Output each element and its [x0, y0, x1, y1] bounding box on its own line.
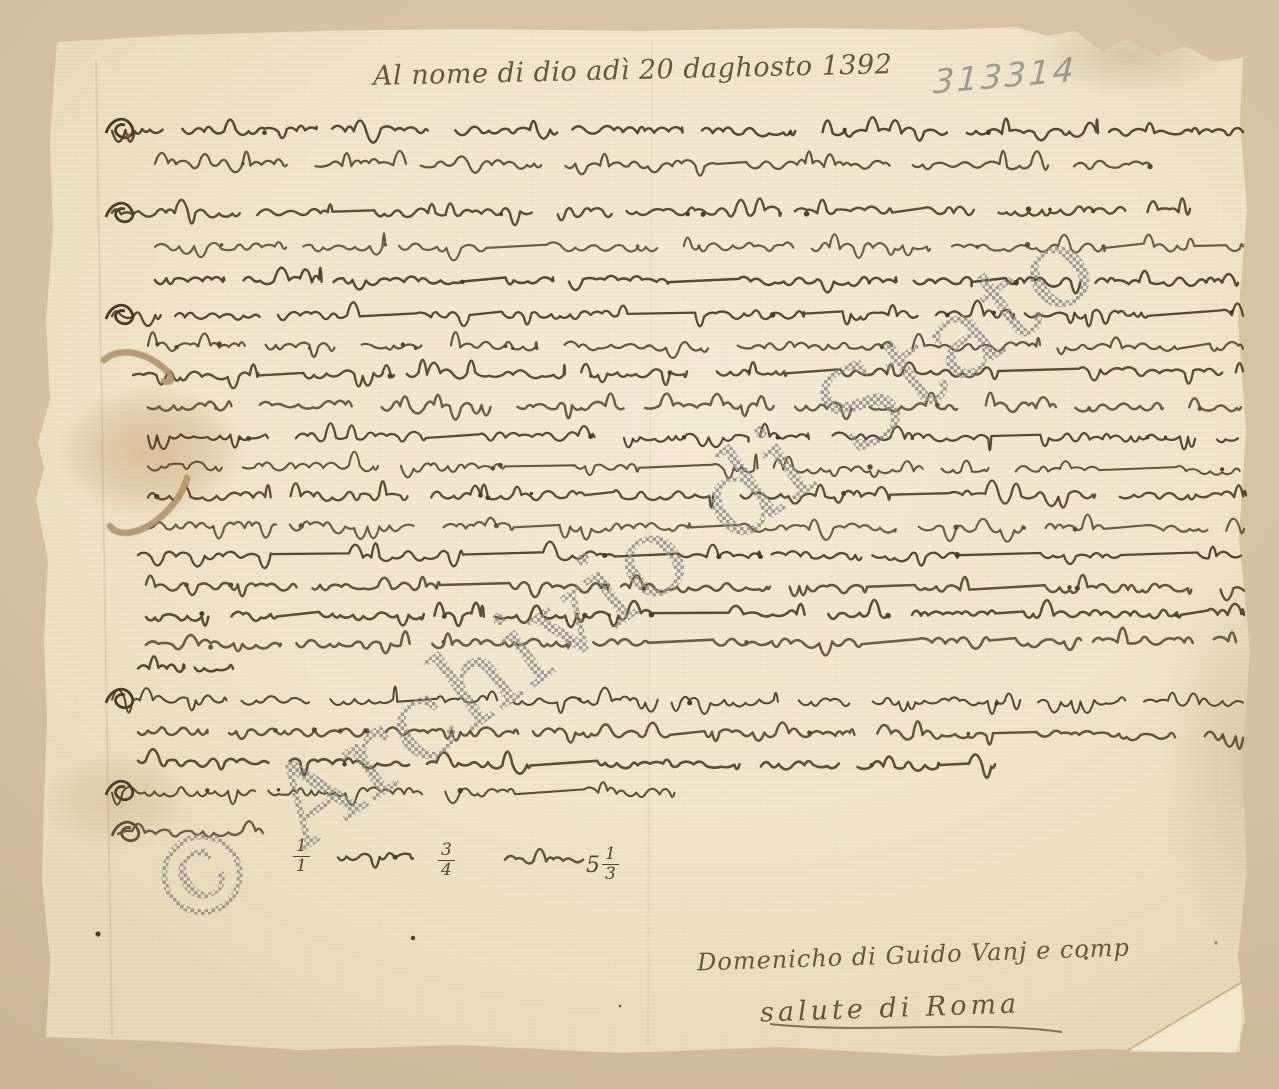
ink-blot	[1101, 244, 1105, 248]
ink-blot	[870, 763, 874, 767]
ink-blot	[199, 611, 204, 616]
stain-left	[57, 384, 247, 520]
ink-blot	[770, 312, 776, 318]
ink-blot	[1145, 435, 1149, 439]
ink-blot	[701, 212, 706, 217]
handwriting-line	[146, 628, 1236, 656]
ink-blot	[682, 435, 686, 439]
fraction-numerator: 1	[293, 838, 310, 856]
ink-blot	[1075, 585, 1080, 590]
ink-blot	[498, 463, 503, 468]
handwriting-line	[112, 687, 1243, 714]
ink-blot	[636, 244, 640, 248]
fraction: 3 4	[438, 842, 455, 880]
ink-blot	[995, 702, 999, 706]
fraction-numerator: 3	[438, 842, 455, 860]
ink-blot	[308, 346, 311, 349]
ink-blot	[1087, 406, 1091, 410]
ink-blot	[686, 212, 690, 216]
ink-blot	[807, 730, 812, 735]
paragraph-initial-flourish	[106, 689, 133, 708]
ink-blot	[238, 437, 241, 440]
ink-blot	[262, 130, 267, 135]
ink-blot	[1220, 467, 1224, 471]
ink-blot	[1221, 734, 1225, 738]
handwriting-line	[148, 423, 1238, 450]
ink-blot	[299, 523, 305, 529]
ink-blot	[174, 345, 179, 350]
corner-fold	[1128, 984, 1242, 1052]
fraction-denominator: 3	[602, 864, 619, 884]
handwriting-line	[505, 849, 583, 863]
speck	[126, 134, 131, 139]
handwriting-line	[138, 656, 233, 671]
speck	[95, 931, 100, 936]
ink-blot	[485, 495, 490, 500]
handwriting-line	[148, 332, 1243, 358]
ink-blot	[1022, 526, 1026, 530]
ink-blot	[460, 280, 465, 285]
scanned-letter-page: © Archivio di Stato Al nome di dio adì 2…	[0, 0, 1279, 1089]
speck	[619, 1005, 622, 1008]
ink-blot	[697, 245, 700, 248]
ink-blot	[241, 162, 245, 166]
fraction: 1 1	[293, 838, 310, 876]
fraction-whole: 5	[586, 854, 600, 877]
ink-blot	[499, 213, 503, 217]
ink-blot	[1240, 611, 1244, 615]
ink-blot	[154, 494, 159, 499]
ink-blot	[843, 128, 847, 132]
ink-blot	[1198, 406, 1203, 411]
ink-blot	[228, 582, 233, 587]
ink-blot	[1175, 613, 1179, 617]
ink-blot	[491, 466, 496, 471]
ink-blot	[687, 700, 692, 705]
ink-blot	[273, 728, 278, 733]
ink-blot	[184, 583, 189, 588]
ink-blot	[1067, 585, 1071, 589]
ink-blot	[1073, 527, 1078, 532]
ink-blot	[384, 243, 388, 247]
vertical-crease	[96, 60, 112, 1036]
speck	[411, 936, 415, 940]
ink-blot	[967, 732, 971, 736]
ink-blot	[530, 492, 533, 495]
ink-blot	[217, 341, 222, 346]
ink-blot	[494, 523, 499, 528]
ink-blot	[214, 406, 218, 410]
ink-blot	[589, 374, 592, 377]
handwriting-line	[133, 360, 1243, 388]
ink-blot	[578, 698, 582, 702]
fraction-denominator: 1	[293, 856, 310, 876]
ink-blot	[414, 347, 418, 351]
ink-blot	[747, 370, 751, 374]
ink-blot	[220, 243, 223, 246]
scan-artwork-layer: © Archivio di Stato	[0, 0, 1279, 1089]
ink-blot	[1091, 209, 1095, 213]
ink-blot	[208, 645, 213, 650]
fraction: 5 1 3	[602, 846, 619, 884]
ink-blot	[588, 434, 593, 439]
ink-blot	[668, 370, 673, 375]
ink-blot	[954, 552, 960, 558]
ink-blot	[155, 342, 159, 346]
ink-blot	[511, 347, 514, 350]
ink-blot	[1230, 310, 1233, 313]
ink-blot	[478, 493, 483, 498]
ink-blot	[246, 436, 251, 441]
ink-blot	[504, 344, 508, 348]
ink-blot	[401, 342, 405, 346]
ink-blot	[535, 347, 538, 350]
ink-blot	[393, 855, 398, 860]
ink-blot	[788, 131, 792, 135]
ink-blot	[457, 788, 463, 794]
pencil-mark	[1214, 941, 1217, 944]
fraction-denominator: 4	[438, 860, 455, 880]
fraction-numerator: 1	[602, 846, 619, 864]
ink-blot	[1147, 164, 1152, 169]
ink-blot	[1164, 435, 1167, 438]
ink-blot	[804, 211, 810, 217]
handwriting-line	[148, 393, 1241, 420]
ink-blot	[442, 614, 447, 619]
ink-blot	[986, 130, 991, 135]
ink-blot	[744, 640, 748, 644]
ink-blot	[388, 373, 393, 378]
ink-blot	[953, 524, 958, 529]
ink-blot	[885, 613, 890, 618]
archive-watermark: © Archivio di Stato	[120, 196, 1121, 962]
handwriting-line	[112, 117, 1243, 142]
ink-blot	[867, 281, 871, 285]
handwriting-line	[338, 853, 413, 867]
